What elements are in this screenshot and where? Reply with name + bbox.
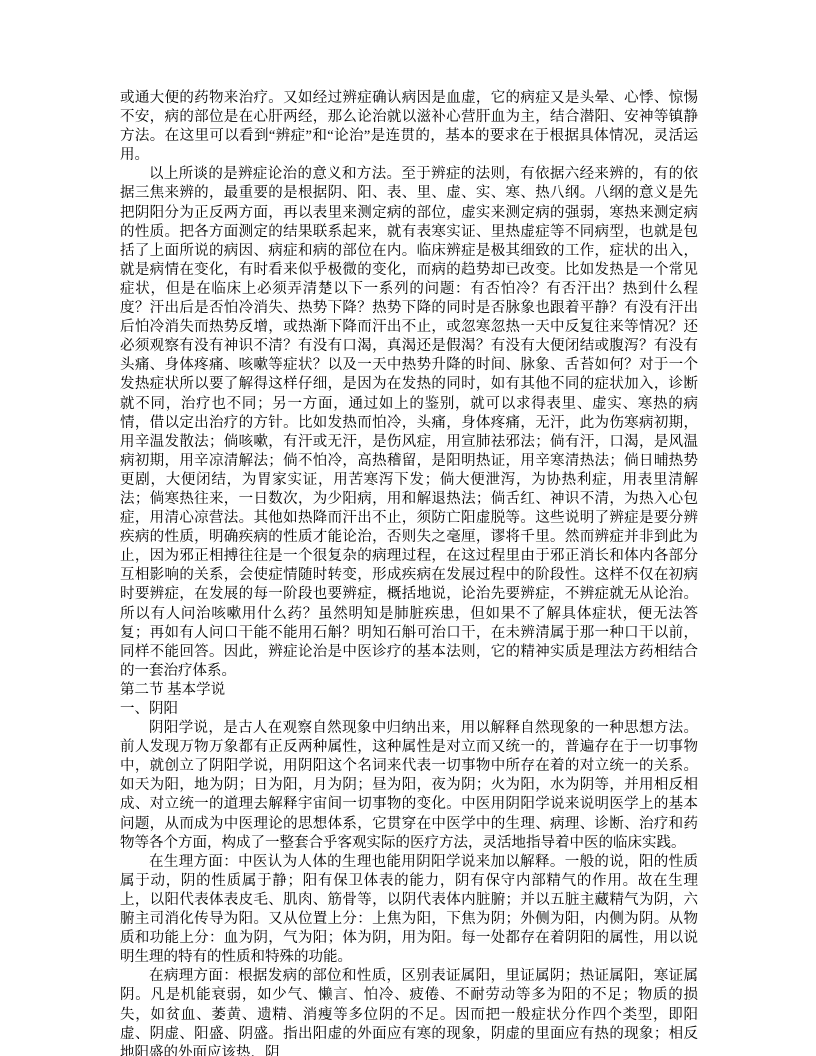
paragraph-pathology: 在病理方面：根据发病的部位和性质，区别表证属阳，里证属阴；热证属阳，寒证属阴。凡… [120,967,698,1056]
paragraph-physiology: 在生理方面：中医认为人体的生理也能用阴阳学说来加以解释。一般的说，阳的性质属于动… [120,853,698,968]
section-heading: 第二节 基本学说 [120,681,698,700]
paragraph-continuation-treatment: 或通大便的药物来治疗。又如经过辨症确认病因是血虚，它的病症又是头晕、心悸、惊惕不… [120,89,698,165]
paragraph-bianzheng-lunzhi: 以上所谈的是辨症论治的意义和方法。至于辨症的法则，有依据六经来辨的，有的依据三焦… [120,165,698,681]
subsection-heading-yinyang: 一、阴阳 [120,700,698,719]
paragraph-yinyang-intro: 阴阳学说，是古人在观察自然现象中归纳出来，用以解释自然现象的一种思想方法。前人发… [120,719,698,853]
document-page: 或通大便的药物来治疗。又如经过辨症确认病因是血虚，它的病症又是头晕、心悸、惊惕不… [120,89,698,1056]
